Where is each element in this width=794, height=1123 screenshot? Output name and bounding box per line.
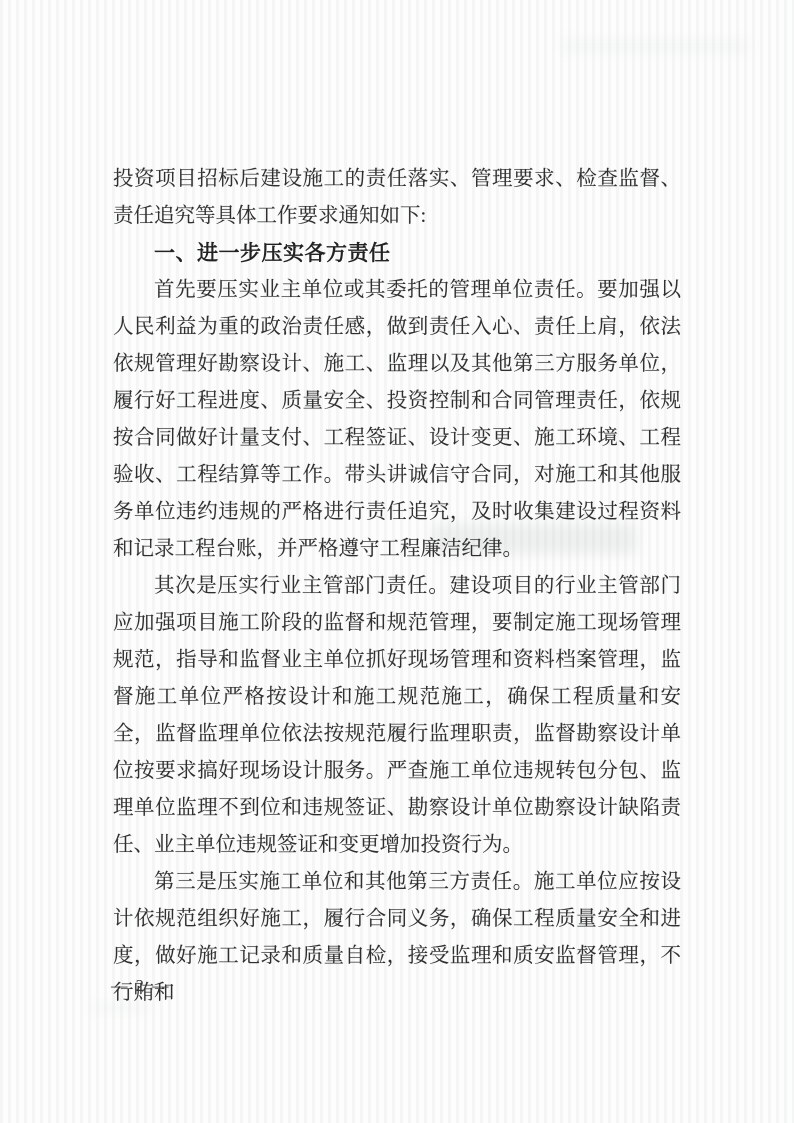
document-body: 投资项目招标后建设施工的责任落实、管理要求、检查监督、责任追究等具体工作要求通知… <box>113 161 681 1012</box>
intro-continuation-paragraph: 投资项目招标后建设施工的责任落实、管理要求、检查监督、责任追究等具体工作要求通知… <box>113 161 681 235</box>
section-heading: 一、进一步压实各方责任 <box>113 235 681 272</box>
document-page: 投资项目招标后建设施工的责任落实、管理要求、检查监督、责任追究等具体工作要求通知… <box>0 0 794 1123</box>
paragraph-industry-authority-responsibility: 其次是压实行业主管部门责任。建设项目的行业主管部门应加强项目施工阶段的监督和规范… <box>113 568 681 864</box>
page-number: — 2 — <box>111 976 171 996</box>
paragraph-construction-unit-responsibility: 第三是压实施工单位和其他第三方责任。施工单位应按设计依规范组织好施工，履行合同义… <box>113 864 681 1012</box>
scan-smudge <box>560 40 750 52</box>
paragraph-owner-unit-responsibility: 首先要压实业主单位或其委托的管理单位责任。要加强以人民利益为重的政治责任感，做到… <box>113 272 681 568</box>
